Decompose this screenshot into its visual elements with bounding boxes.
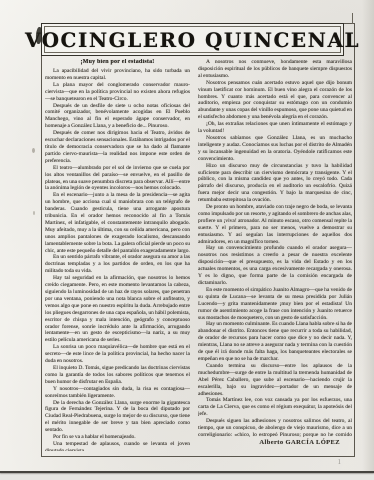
paragraph: A nosotros nos conmueve, hondamente esta… (198, 59, 352, 80)
paragraph: Tomás Martínez lee, con voz cansada ya p… (198, 397, 352, 418)
paragraph: Después siguen las adhesiones y nosotros… (198, 418, 352, 437)
paragraph: La plana mayor del conglomerado conserva… (45, 82, 190, 103)
page-number: 1 (338, 458, 342, 466)
paragraph: De la derecha de González Llana, surge e… (45, 400, 190, 435)
paragraph: Hizo un discurso muy de circunstancias y… (198, 163, 352, 204)
paragraph: Hay tal seguridad en la afirmación, que … (45, 275, 190, 344)
paragraph: En un sentido párrafo vibrante, el orado… (45, 254, 190, 275)
paragraph: Después de un desfile de siete u ocho no… (45, 103, 190, 131)
paragraph: Hay un momento culminante. Es cuando Lla… (198, 321, 352, 362)
paragraph: El teatro—alumbrado por el sol de invier… (45, 165, 190, 193)
paper-sheet: VOCINGLERO QUINCENAL ¡Muy bien por el es… (0, 0, 374, 472)
paragraph: En el escenario—junto a la mesa de la pr… (45, 192, 190, 254)
paragraph: Cuando termina su discurso—entre los apl… (198, 363, 352, 398)
paragraph: La apacibilidad del vivir provinciano, h… (45, 68, 190, 82)
paragraph: Hay un convencimiento profundo cuando el… (198, 245, 352, 286)
scan-speck (33, 211, 35, 215)
scanned-page: VOCINGLERO QUINCENAL ¡Muy bien por el es… (0, 0, 374, 480)
paragraph: La sonrisa un poco maquiavélica—de hombr… (45, 344, 190, 365)
scan-edge-shadow (362, 0, 374, 472)
paragraph: Nosotros sabíamos que González Llana, es… (198, 135, 352, 163)
scan-speck (32, 148, 35, 153)
paragraph: Nosotros pensamos cuán acertado estuvo a… (198, 80, 352, 121)
paragraph: ¡Oh, las extrañas relaciones que unen ín… (198, 121, 352, 135)
left-column: ¡Muy bien por el estadista! La apacibili… (45, 59, 190, 451)
right-column: A nosotros nos conmueve, hondamente esta… (198, 59, 352, 437)
paragraph: En este momento el simpático Juanito Alm… (198, 287, 352, 322)
page-title: VOCINGLERO QUINCENAL (25, 28, 360, 52)
paragraph: Una tempestad de aplausos, cuando se lev… (45, 441, 190, 451)
paragraph: Y nosotros—contagiados sin duda, la risa… (45, 386, 190, 400)
paragraph: Por fin se va a hablar el homenajeado. (45, 434, 190, 441)
paper-edge (0, 471, 374, 473)
article-heading: ¡Muy bien por el estadista! (45, 59, 190, 65)
masthead-inner-rule: VOCINGLERO QUINCENAL (44, 26, 341, 53)
paragraph: El inquieto D. Tomás, sigue predicando l… (45, 365, 190, 386)
masthead-box: VOCINGLERO QUINCENAL (41, 23, 344, 56)
paragraph: Después de comer nos dirigimos hacia el … (45, 130, 190, 165)
article-body: ¡Muy bien por el estadista! La apacibili… (45, 59, 352, 451)
scan-line-artifact (352, 13, 353, 24)
author-signature: Alberto GARCÍA LÓPEZ (259, 439, 340, 446)
paragraph: De pronto un hombre, ataviado con traje … (198, 204, 352, 245)
